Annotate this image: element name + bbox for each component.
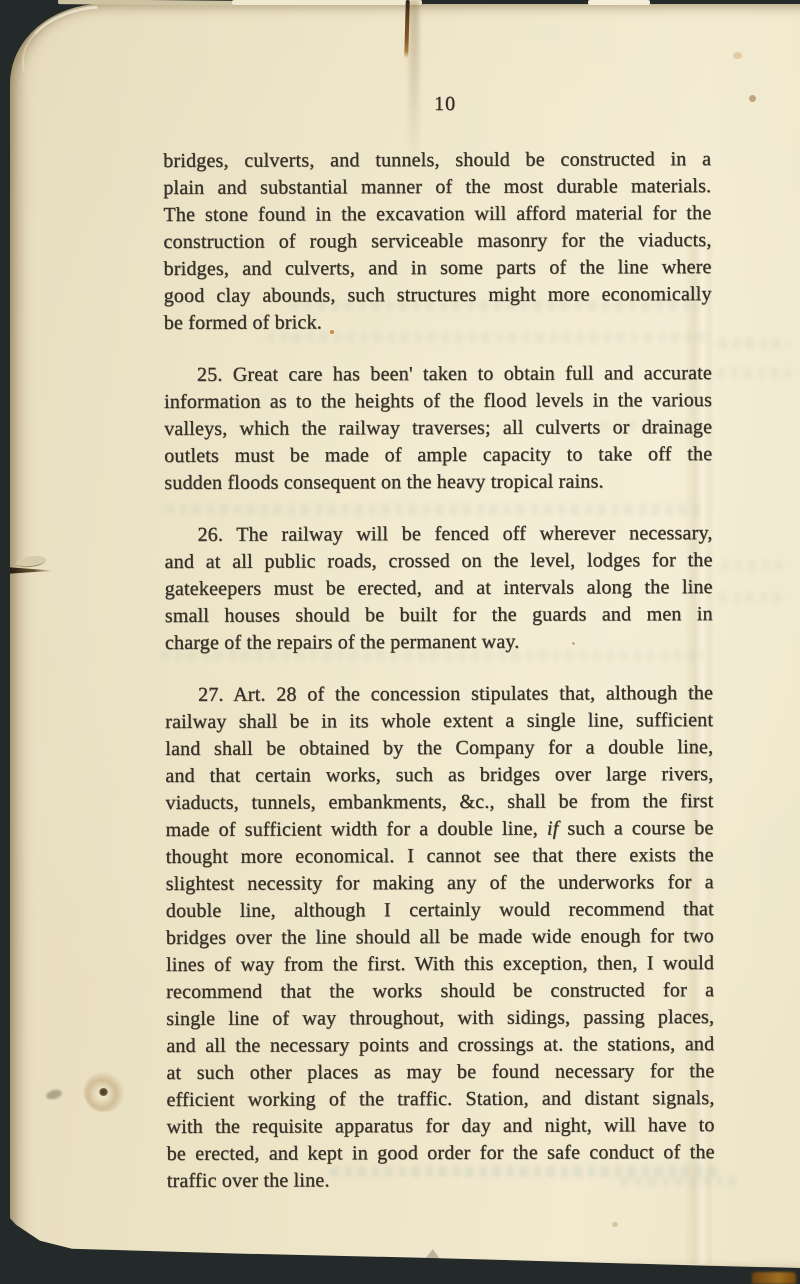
text-line: information as to the heights of the flo…: [164, 387, 712, 416]
paper-speck: [733, 52, 742, 59]
show-through-text: [720, 560, 790, 571]
text-line: bridges over the line should all be made…: [166, 923, 714, 952]
text-line: land shall be obtained by the Company fo…: [165, 734, 713, 763]
show-through-text: [718, 592, 788, 603]
page-paragraphs: bridges, culverts, and tunnels, should b…: [163, 146, 715, 1195]
curled-corner-edge: [18, 6, 103, 72]
text-line: railway shall be in its whole extent a s…: [165, 707, 713, 736]
scanned-book-photo: { "colors": { "surround": "#242a29", "pa…: [0, 0, 800, 1284]
paragraph: 26. The railway will be fenced off where…: [165, 520, 713, 657]
text-line: bridges, and culverts, and in some parts…: [164, 254, 712, 283]
text-line: be erected, and kept in good order for t…: [167, 1139, 715, 1168]
text-line: viaducts, tunnels, embankments, &c., sha…: [165, 788, 713, 817]
show-through-text: [718, 338, 790, 349]
text-line: thought more economical. I cannot see th…: [166, 842, 714, 871]
text-line: construction of rough serviceable masonr…: [163, 227, 711, 256]
text-line: and all the necessary points and crossin…: [166, 1031, 714, 1060]
text-line: good clay abounds, such structures might…: [164, 281, 712, 310]
paragraph: 25. Great care has been' taken to obtain…: [164, 360, 712, 497]
text-line: charge of the repairs of the permanent w…: [165, 628, 713, 657]
text-line: made of sufficient width for a double li…: [166, 815, 714, 844]
paragraph: bridges, culverts, and tunnels, should b…: [163, 146, 712, 337]
text-line: with the requisite apparatus for day and…: [167, 1112, 715, 1141]
ink-stain-dot: [99, 1088, 108, 1096]
text-line: 26. The railway will be fenced off where…: [165, 520, 713, 549]
text-line: 27. Art. 28 of the concession stipulates…: [165, 680, 713, 709]
page-text-block: 10 bridges, culverts, and tunnels, shoul…: [163, 90, 715, 1195]
text-line: gatekeepers must be erected, and at inte…: [165, 574, 713, 603]
text-line: plain and substantial manner of the most…: [163, 173, 711, 202]
text-line: outlets must be made of ample capacity t…: [164, 441, 712, 470]
text-line: sudden floods consequent on the heavy tr…: [164, 468, 712, 497]
text-line: be formed of brick.: [164, 308, 712, 337]
page-edge-sliver: [588, 0, 650, 5]
page-edge-sliver: [232, 0, 422, 5]
show-through-text: [716, 368, 792, 379]
text-line: bridges, culverts, and tunnels, should b…: [163, 146, 711, 175]
text-line: efficient working of the traffic. Statio…: [166, 1085, 714, 1114]
text-line: lines of way from the first. With this e…: [166, 950, 714, 979]
text-line: recommend that the works should be const…: [166, 977, 714, 1006]
text-line: The stone found in the excavation will a…: [163, 200, 711, 229]
text-line: 25. Great care has been' taken to obtain…: [164, 360, 712, 389]
paper-speck: [749, 95, 756, 102]
text-line: single line of way throughout, with sidi…: [166, 1004, 714, 1033]
text-line: small houses should be built for the gua…: [165, 601, 713, 630]
text-line: slightest necessity for making any of th…: [166, 869, 714, 898]
text-line: traffic over the line.: [167, 1166, 715, 1195]
text-line: double line, although I certainly would …: [166, 896, 714, 925]
text-line: and that certain works, such as bridges …: [165, 761, 713, 790]
text-line: at such other places as may be found nec…: [166, 1058, 714, 1087]
paper-speck: [612, 1222, 618, 1227]
bottom-right-stain: [752, 1272, 796, 1284]
page-number: 10: [163, 90, 711, 119]
text-line: and at all public roads, crossed on the …: [165, 547, 713, 576]
paragraph: 27. Art. 28 of the concession stipulates…: [165, 680, 715, 1195]
text-line: valleys, which the railway traverses; al…: [164, 414, 712, 443]
